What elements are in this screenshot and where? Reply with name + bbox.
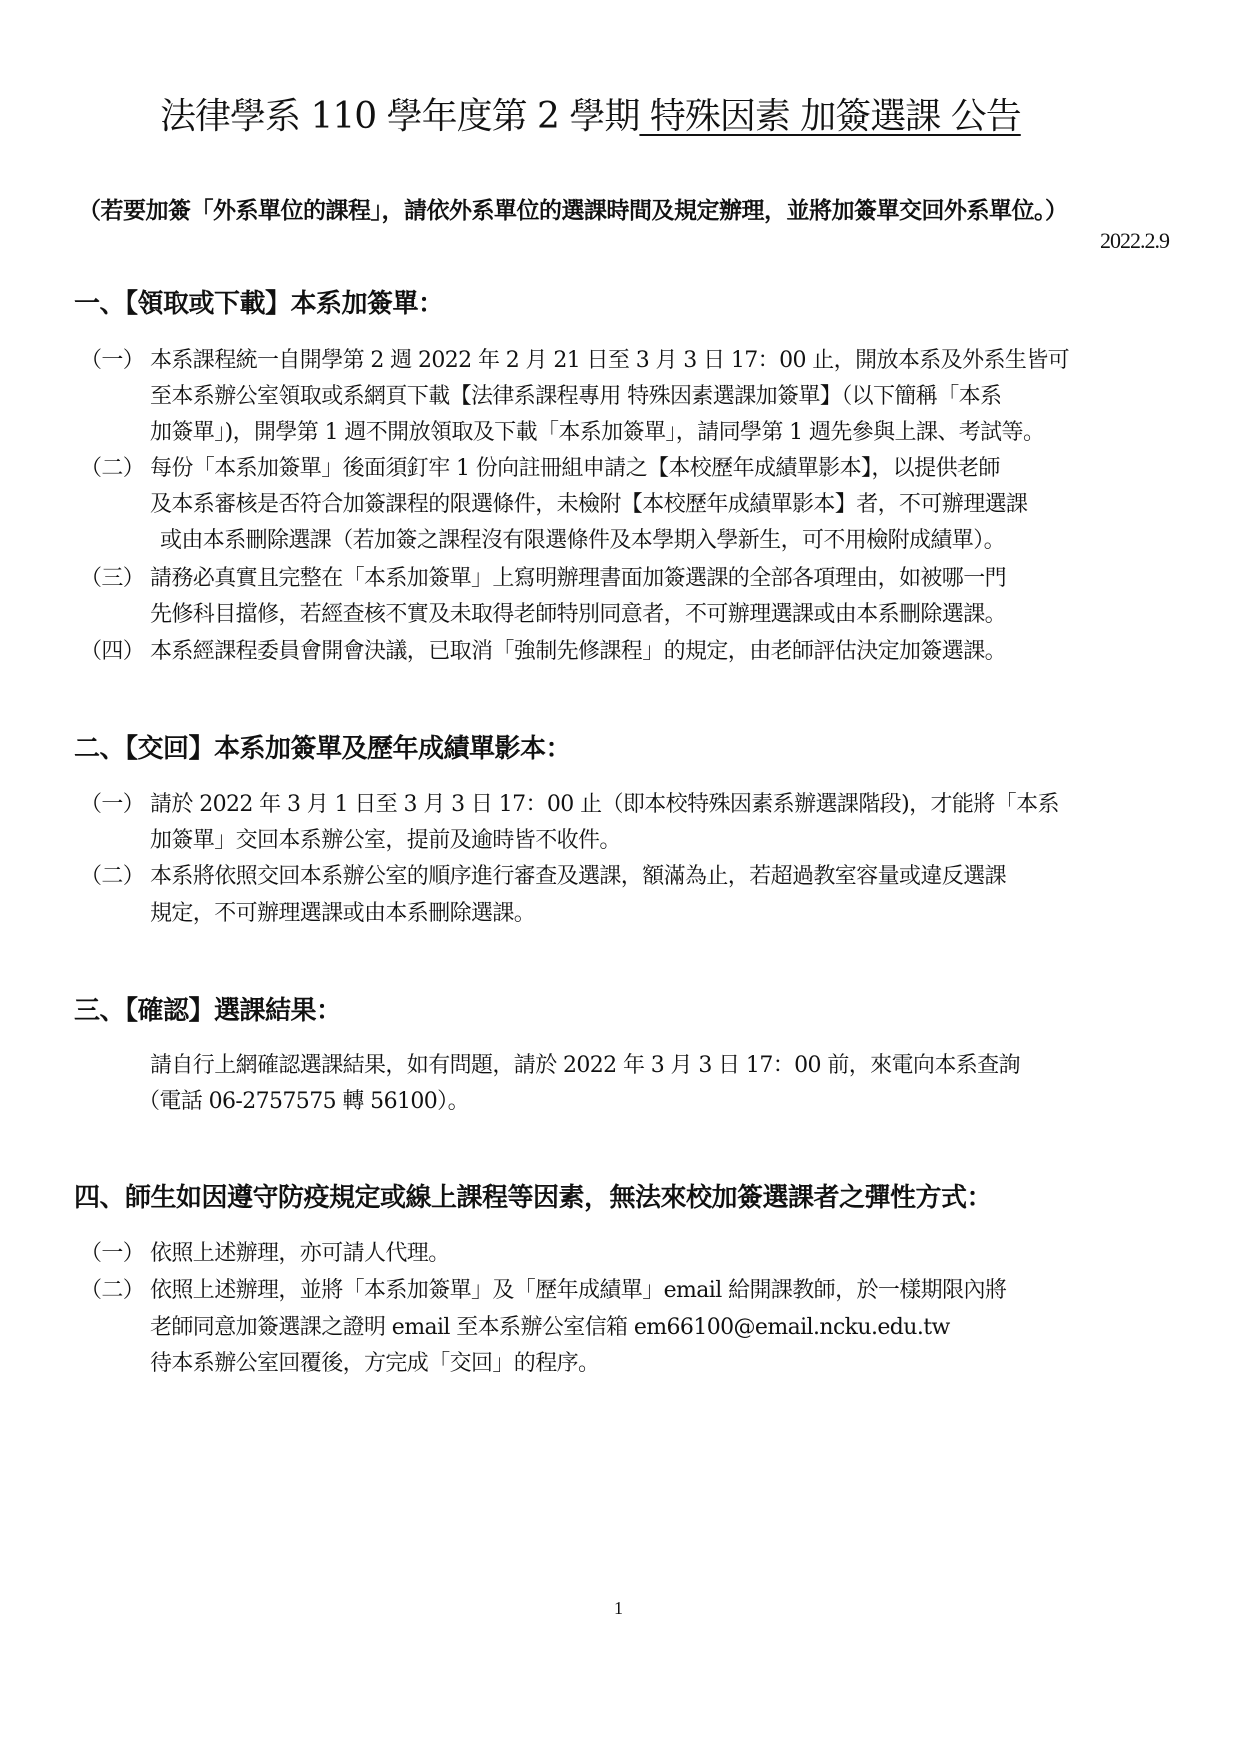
- item-line: 本系課程統一自開學第 2 週 2022 年 2 月 21 日至 3 月 3 日 …: [150, 343, 1069, 374]
- item-line: 請於 2022 年 3 月 1 日至 3 月 3 日 17：00 止（即本校特殊…: [150, 787, 1059, 818]
- item-marker: （二）: [80, 859, 144, 890]
- email-line: 老師同意加簽選課之證明 email 至本系辦公室信箱 em66100@email…: [150, 1310, 950, 1341]
- item-line: 加簽單」交回本系辦公室，提前及逾時皆不收件。: [150, 823, 621, 854]
- item-line: 每份「本系加簽單」後面須釘牢 1 份向註冊組申請之【本校歷年成績單影本】，以提供…: [150, 451, 1000, 482]
- document-title: 法律學系 110 學年度第 2 學期 特殊因素 加簽選課 公告: [160, 88, 1021, 139]
- item-line: 請務必真實且完整在「本系加簽單」上寫明辦理書面加簽選課的全部各項理由，如被哪一門: [150, 561, 1006, 592]
- item-line: 本系經課程委員會開會決議，已取消「強制先修課程」的規定，由老師評估決定加簽選課。: [150, 634, 1006, 665]
- section-2-heading: 二、【交回】本系加簽單及歷年成績單影本：: [74, 728, 571, 765]
- item-line: 或由本系刪除選課（若加簽之課程沒有限選條件及本學期入學新生，可不用檢附成績單）。: [160, 523, 1005, 554]
- publish-date: 2022.2.9: [1100, 228, 1169, 254]
- item-marker: （一）: [80, 343, 144, 374]
- title-underlined: 特殊因素 加簽選課 公告: [639, 96, 1020, 137]
- item-marker: （二）: [80, 1273, 144, 1304]
- item-line: 加簽單」)，開學第 1 週不開放領取及下載「本系加簽單」，請同學第 1 週先參與…: [150, 415, 1044, 446]
- item-line: 規定，不可辦理選課或由本系刪除選課。: [150, 896, 535, 927]
- item-marker: （一）: [80, 787, 144, 818]
- item-line: 先修科目擋修，若經查核不實及未取得老師特別同意者，不可辦理選課或由本系刪除選課。: [150, 597, 1006, 628]
- section-4-heading: 四、師生如因遵守防疫規定或線上課程等因素，無法來校加簽選課者之彈性方式：: [74, 1177, 992, 1214]
- paragraph-line: （電話 06-2757575 轉 56100）。: [138, 1084, 469, 1115]
- item-line: 至本系辦公室領取或系網頁下載【法律系課程專用 特殊因素選課加簽單】（以下簡稱「本…: [150, 379, 1001, 410]
- item-line: 待本系辦公室回覆後，方完成「交回」的程序。: [150, 1346, 599, 1377]
- item-marker: （一）: [80, 1236, 144, 1267]
- section-1-heading: 一、【領取或下載】本系加簽單：: [74, 283, 444, 320]
- item-marker: （三）: [80, 561, 144, 592]
- item-line: 依照上述辦理，並將「本系加簽單」及「歷年成績單」email 給開課教師，於一樣期…: [150, 1273, 1006, 1304]
- title-main: 法律學系 110 學年度第 2 學期: [160, 96, 639, 137]
- item-marker: （四）: [80, 634, 144, 665]
- item-marker: （二）: [80, 451, 144, 482]
- item-line: 本系將依照交回本系辦公室的順序進行審查及選課，額滿為止，若超過教室容量或違反選課: [150, 859, 1006, 890]
- section-3-heading: 三、【確認】選課結果：: [74, 990, 342, 1027]
- paragraph-line: 請自行上網確認選課結果，如有問題，請於 2022 年 3 月 3 日 17：00…: [150, 1048, 1020, 1079]
- external-course-note: （若要加簽「外系單位的課程」，請依外系單位的選課時間及規定辦理，並將加簽單交回外…: [78, 192, 1068, 225]
- page-number: 1: [614, 1598, 623, 1619]
- item-line: 及本系審核是否符合加簽課程的限選條件，未檢附【本校歷年成績單影本】者，不可辦理選…: [150, 487, 1027, 518]
- item-line: 依照上述辦理，亦可請人代理。: [150, 1236, 450, 1267]
